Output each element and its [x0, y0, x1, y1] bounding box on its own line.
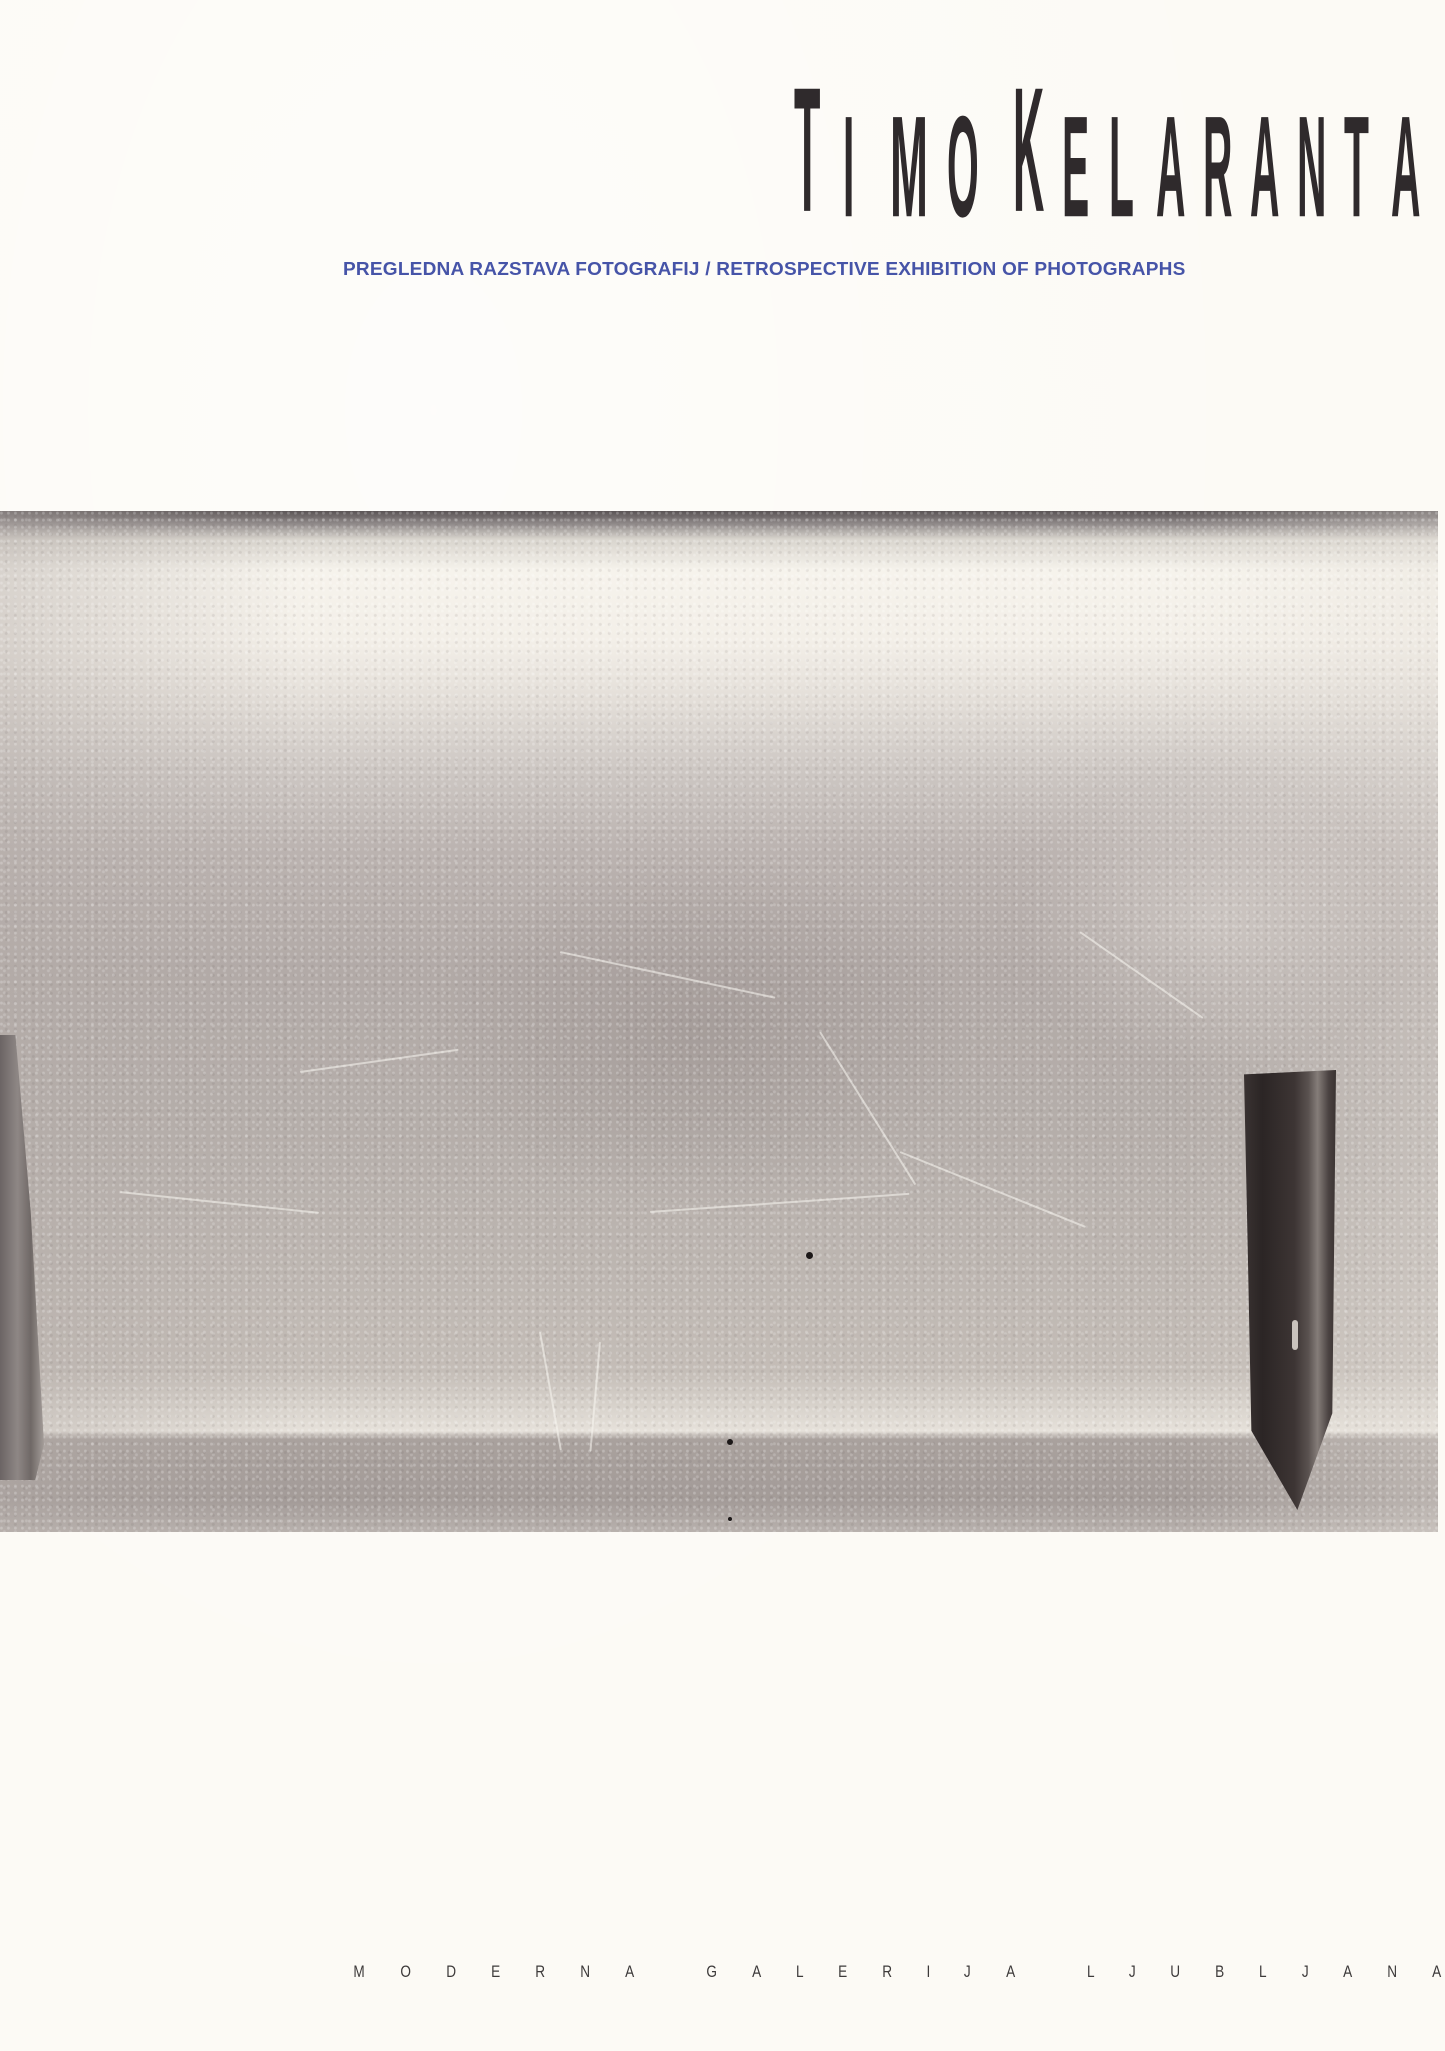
- publisher-letter: E: [838, 1962, 847, 1982]
- publisher-letter: L: [796, 1962, 804, 1982]
- publisher-letter: I: [927, 1962, 931, 1982]
- ledge-speck: [727, 1439, 733, 1445]
- title-letter: T: [1344, 95, 1357, 239]
- wall-speck: [806, 1252, 813, 1259]
- cover-photograph: [0, 511, 1438, 1532]
- publisher-letter: U: [1171, 1962, 1181, 1982]
- title-letter: A: [1156, 95, 1169, 239]
- publisher-letter: A: [1343, 1962, 1352, 1982]
- publisher-letter: L: [1259, 1962, 1267, 1982]
- publisher-letter: J: [1129, 1962, 1136, 1982]
- publisher-letter: R: [535, 1962, 545, 1982]
- title-letter: L: [1109, 95, 1122, 239]
- publisher-name: MODERNA GALERIJA LJUBLJANA: [352, 1962, 1442, 1982]
- exhibition-subtitle: PREGLEDNA RAZSTAVA FOTOGRAFIJ / RETROSPE…: [343, 258, 1445, 280]
- publisher-letter: A: [625, 1962, 634, 1982]
- title-letter: A: [1391, 95, 1404, 239]
- title-letter: E: [1062, 95, 1075, 239]
- title-letter: O: [947, 95, 960, 239]
- title-letter: K: [1013, 62, 1027, 240]
- ledge-speck: [728, 1517, 732, 1521]
- title-letter: N: [1297, 95, 1310, 239]
- photo-grain-texture: [0, 511, 1438, 1532]
- publisher-letter: L: [1087, 1962, 1095, 1982]
- publisher-space: [1049, 1962, 1053, 1982]
- title-last-name: KELARANTA: [1013, 119, 1429, 239]
- title-letter: T: [794, 62, 808, 240]
- publisher-letter: J: [1301, 1962, 1308, 1982]
- publisher-letter: A: [752, 1962, 761, 1982]
- publisher-letter: D: [446, 1962, 456, 1982]
- publisher-letter: J: [964, 1962, 971, 1982]
- publisher-letter: A: [1006, 1962, 1015, 1982]
- stake-knot: [1292, 1320, 1298, 1350]
- artist-name-title: TIMO KELARANTA: [794, 59, 1429, 239]
- title-letter: A: [1250, 95, 1263, 239]
- title-letter: M: [890, 95, 908, 239]
- publisher-letter: G: [706, 1962, 717, 1982]
- publisher-letter: O: [400, 1962, 411, 1982]
- book-cover: TIMO KELARANTA PREGLEDNA RAZSTAVA FOTOGR…: [0, 0, 1445, 2051]
- publisher-letter: A: [1432, 1962, 1441, 1982]
- title-letter: R: [1203, 95, 1216, 239]
- publisher-letter: R: [882, 1962, 892, 1982]
- title-letter: I: [843, 95, 856, 239]
- title-first-name: TIMO: [794, 119, 985, 239]
- publisher-letter: M: [353, 1962, 364, 1982]
- publisher-letter: N: [1387, 1962, 1397, 1982]
- publisher-letter: N: [580, 1962, 590, 1982]
- publisher-space: [668, 1962, 672, 1982]
- publisher-letter: E: [491, 1962, 500, 1982]
- publisher-letter: B: [1215, 1962, 1224, 1982]
